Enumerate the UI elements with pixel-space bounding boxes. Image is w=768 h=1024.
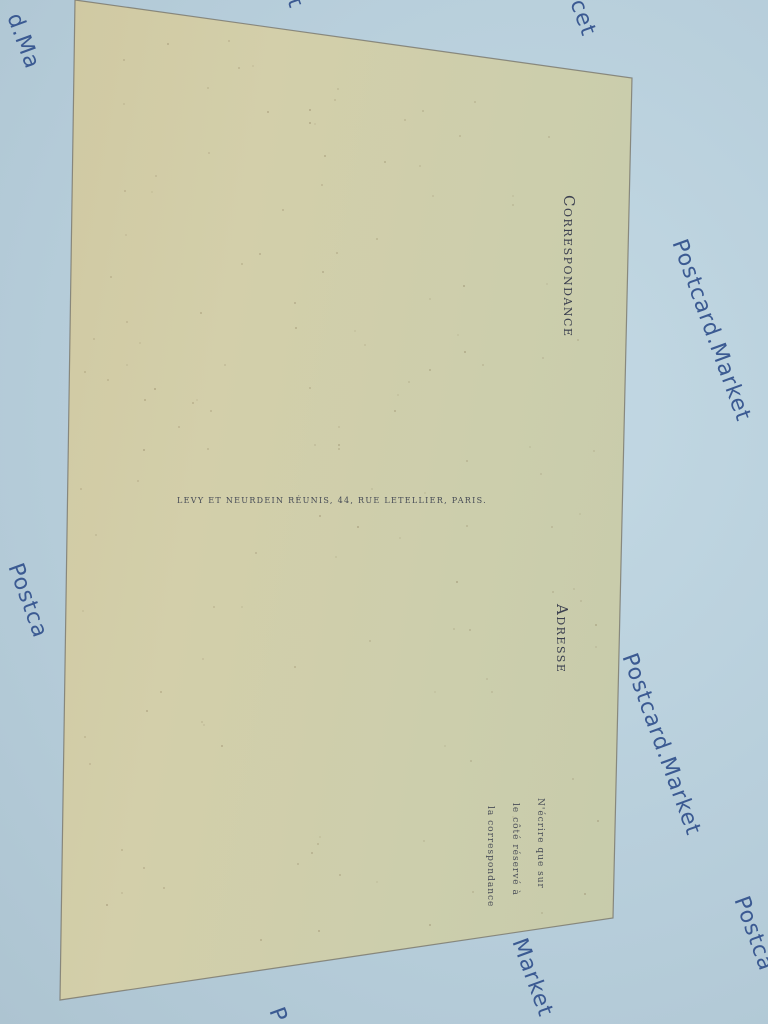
paper-speck [397,394,399,396]
paper-speck [541,912,543,914]
paper-speck [207,87,209,89]
paper-speck [121,849,123,851]
paper-speck [369,640,371,642]
paper-speck [542,357,544,359]
paper-speck [210,410,212,412]
paper-speck [208,152,210,154]
paper-speck [146,710,148,712]
instruction-line-2: le côté réservé à [510,803,520,896]
paper-speck [121,892,123,894]
paper-speck [324,155,326,157]
paper-speck [593,450,595,452]
paper-speck [241,606,243,608]
paper-speck [319,836,321,838]
paper-speck [314,123,316,125]
paper-speck [529,446,531,448]
paper-speck [192,402,194,404]
paper-speck [453,628,455,630]
paper-speck [584,893,586,895]
paper-speck [202,658,204,660]
paper-speck [143,449,145,451]
paper-speck [93,338,95,340]
paper-speck [294,666,296,668]
paper-speck [595,646,597,648]
paper-speck [466,460,468,462]
paper-speck [432,195,434,197]
paper-speck [322,271,324,273]
paper-speck [167,43,169,45]
paper-speck [319,515,321,517]
paper-speck [337,88,339,90]
paper-speck [595,624,597,626]
paper-speck [408,381,410,383]
paper-speck [123,59,125,61]
paper-speck [429,369,431,371]
paper-speck [221,745,223,747]
paper-speck [318,930,320,932]
watermark-top-left: d.Ma [2,10,45,73]
watermark-bottom-right: Postca [729,893,768,974]
paper-speck [469,629,471,631]
paper-speck [512,204,514,206]
paper-speck [580,600,582,602]
paper-speck [123,103,125,105]
paper-speck [338,426,340,428]
paper-speck [260,939,262,941]
paper-speck [419,165,421,167]
watermark-left-mid: Postca [3,560,53,641]
paper-speck [259,253,261,255]
watermark-bottom-mid: Market [507,935,558,1020]
paper-speck [84,371,86,373]
address-heading: Adresse [553,604,571,673]
watermark-right-upper: Postcard.Market [667,236,756,425]
paper-speck [491,691,493,693]
paper-speck [106,904,108,906]
paper-speck [429,298,431,300]
paper-speck [376,238,378,240]
paper-speck [384,161,386,163]
paper-speck [228,40,230,42]
paper-speck [139,342,141,344]
paper-speck [548,136,550,138]
paper-speck [339,874,341,876]
paper-speck [297,863,299,865]
paper-speck [155,175,157,177]
paper-speck [394,410,396,412]
paper-speck [444,745,446,747]
paper-speck [309,109,311,111]
paper-speck [295,327,297,329]
paper-speck [84,736,86,738]
paper-speck [357,526,359,528]
paper-speck [424,492,426,494]
paper-speck [399,537,401,539]
paper-speck [423,840,425,842]
paper-speck [126,321,128,323]
paper-speck [335,556,337,558]
paper-speck [196,399,198,401]
watermark-top-right: cet [565,0,601,40]
paper-speck [267,111,269,113]
paper-speck [552,591,554,593]
paper-speck [551,526,553,528]
paper-speck [463,285,465,287]
paper-speck [294,302,296,304]
paper-speck [336,252,338,254]
paper-speck [309,387,311,389]
paper-speck [354,330,356,332]
paper-speck [364,344,366,346]
paper-speck [470,760,472,762]
watermark-right-mid: Postcard.Market [617,650,706,839]
paper-speck [434,691,436,693]
paper-speck [577,339,579,341]
paper-speck [464,351,466,353]
paper-speck [376,881,378,883]
paper-speck [224,364,226,366]
paper-speck [338,444,340,446]
paper-speck [201,721,203,723]
paper-speck [200,312,202,314]
instruction-line-3: la correspondance [485,806,495,907]
paper-speck [107,379,109,381]
paper-speck [334,99,336,101]
paper-speck [163,887,165,889]
paper-speck [207,448,209,450]
paper-speck [457,334,459,336]
paper-speck [429,924,431,926]
paper-speck [472,891,474,893]
paper-speck [422,110,424,112]
paper-speck [252,65,254,67]
paper-speck [540,473,542,475]
correspondence-heading: Correspondance [560,195,578,338]
paper-speck [482,364,484,366]
paper-speck [241,263,243,265]
paper-speck [466,525,468,527]
paper-speck [459,135,461,137]
paper-speck [309,122,311,124]
paper-speck [82,610,84,612]
paper-speck [95,534,97,536]
paper-speck [203,724,205,726]
paper-speck [572,778,574,780]
paper-speck [317,843,319,845]
paper-speck [338,448,340,450]
paper-speck [579,513,581,515]
paper-speck [546,283,548,285]
paper-speck [238,67,240,69]
paper-speck [213,606,215,608]
paper-speck [143,867,145,869]
paper-speck [178,426,180,428]
paper-speck [110,276,112,278]
paper-speck [151,191,153,193]
paper-speck [154,388,156,390]
watermark-bottom-left: P [264,1004,292,1024]
paper-speck [597,820,599,822]
paper-speck [314,444,316,446]
paper-speck [80,488,82,490]
paper-speck [124,190,126,192]
paper-speck [89,763,91,765]
paper-speck [486,678,488,680]
paper-speck [321,184,323,186]
paper-speck [126,364,128,366]
paper-speck [137,480,139,482]
paper-speck [512,195,514,197]
paper-speck [456,581,458,583]
paper-speck [474,101,476,103]
paper-speck [573,588,575,590]
paper-speck [404,119,406,121]
postcard-back: Correspondance LEVY ET NEURDEIN RÉUNIS, … [0,0,768,1024]
paper-speck [282,209,284,211]
paper-speck [371,488,373,490]
paper-speck [144,399,146,401]
paper-speck [255,552,257,554]
watermark-top-mid: t [282,0,309,12]
paper-speck [160,691,162,693]
instruction-line-1: N'écrire que sur [535,798,545,889]
publisher-imprint: LEVY ET NEURDEIN RÉUNIS, 44, RUE LETELLI… [177,496,487,505]
paper-speck [125,234,127,236]
paper-speck [311,852,313,854]
